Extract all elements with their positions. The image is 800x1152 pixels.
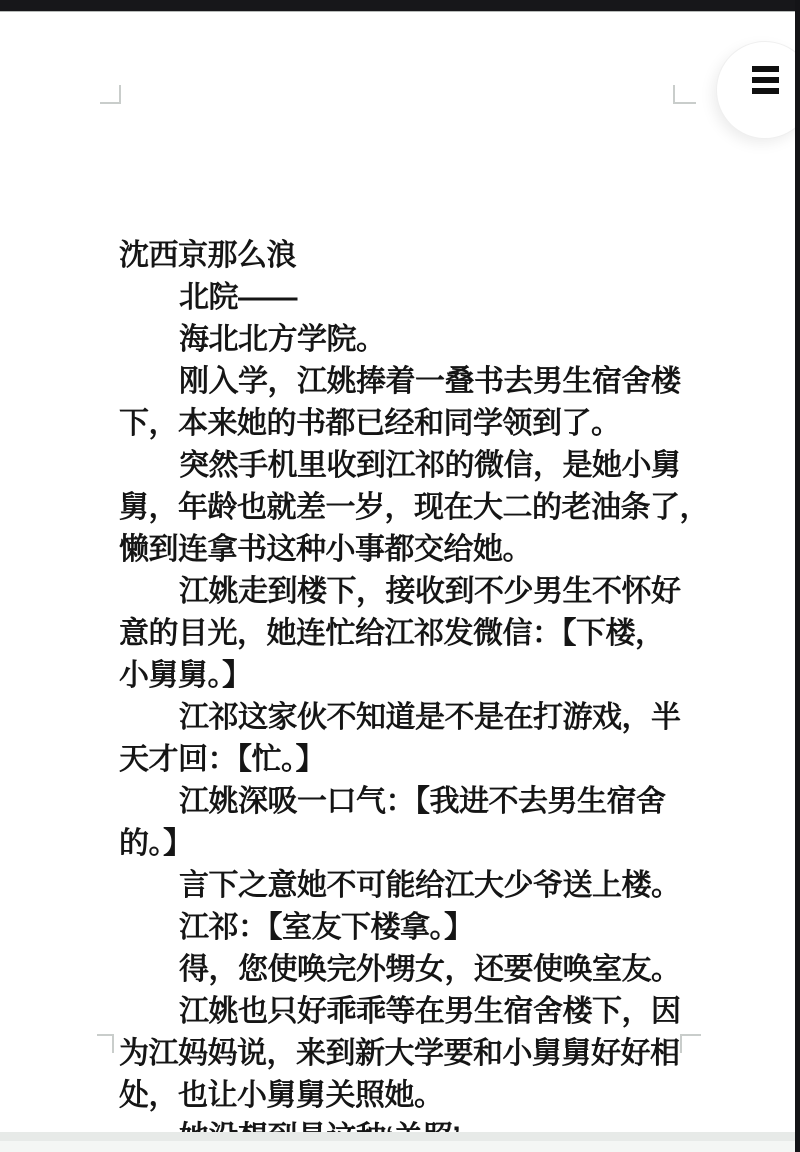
text-line: 江祁这家伙不知道是不是在打游戏，半 [119,697,739,739]
text-line: 为江妈妈说，来到新大学要和小舅舅好好相 [119,1033,739,1075]
text-line: 处，也让小舅舅关照她。 [119,1075,739,1117]
text-line: 江祁：【室友下楼拿。】 [119,907,739,949]
text-line: 突然手机里收到江祁的微信，是她小舅 [119,445,739,487]
reader-text: 沈西京那么浪北院——海北北方学院。刚入学，江姚捧着一叠书去男生宿舍楼下，本来她的… [119,109,739,1152]
text-line: 言下之意她不可能给江大少爷送上楼。 [119,865,739,907]
scan-corner-bottom-left [97,1034,114,1053]
text-line: 刚入学，江姚捧着一叠书去男生宿舍楼 [119,361,739,403]
text-line: 的。】 [119,823,739,865]
text-line: 沈西京那么浪 [119,235,739,277]
text-line: 懒到连拿书这种小事都交给她。 [119,529,739,571]
text-line: 下，本来她的书都已经和同学领到了。 [119,403,739,445]
scan-corner-top-left [100,85,121,104]
right-edge-strip [795,0,800,1152]
text-line: 意的目光，她连忙给江祁发微信：【下楼， [119,613,739,655]
text-line: 江姚走到楼下，接收到不少男生不怀好 [119,571,739,613]
reader-screen: 沈西京那么浪北院——海北北方学院。刚入学，江姚捧着一叠书去男生宿舍楼下，本来她的… [0,0,800,1152]
text-line: 北院—— [119,277,739,319]
hamburger-bar [752,77,779,83]
hamburger-bar [752,88,779,94]
text-line: 得，您使唤完外甥女，还要使唤室友。 [119,949,739,991]
hamburger-menu-icon[interactable] [752,66,779,94]
text-line: 舅，年龄也就差一岁，现在大二的老油条了， [119,487,739,529]
scan-corner-top-right [673,85,696,104]
bottom-edge-area [0,1141,800,1152]
text-line: 江姚也只好乖乖等在男生宿舍楼下，因 [119,991,739,1033]
text-line: 天才回：【忙。】 [119,739,739,781]
text-line: 海北北方学院。 [119,319,739,361]
top-edge-bar [0,0,800,12]
bottom-divider-bar [0,1132,800,1141]
text-line: 小舅舅。】 [119,655,739,697]
text-line: 江姚深吸一口气：【我进不去男生宿舍 [119,781,739,823]
hamburger-bar [752,66,779,72]
